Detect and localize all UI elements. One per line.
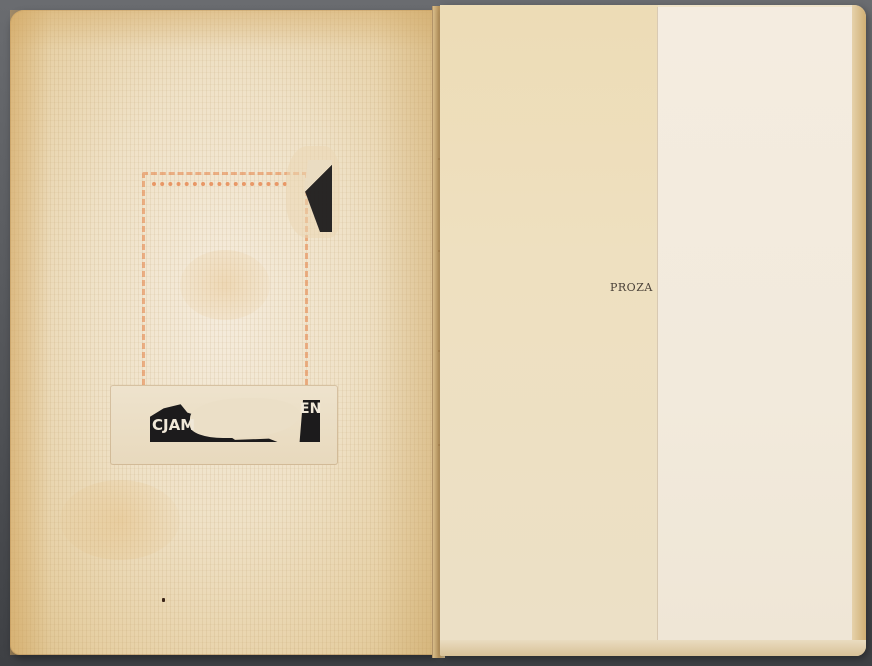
ink-speck	[162, 598, 165, 602]
left-page-top-edge	[10, 10, 436, 50]
label-text-left: CJAM	[152, 418, 195, 433]
right-page	[440, 5, 866, 656]
right-page-fore-edge	[852, 5, 866, 656]
left-page-gutter-shade	[376, 10, 436, 655]
half-title-heading: PROZA	[610, 281, 653, 294]
bookplate-ghost-ornament	[152, 182, 287, 276]
left-page-outer-edge	[10, 10, 50, 655]
paper-stain	[60, 480, 180, 560]
label-text-right: EN	[300, 402, 321, 416]
inner-leaf	[657, 7, 854, 644]
half-title-leaf	[440, 5, 658, 643]
right-page-bottom-edge	[440, 640, 866, 656]
